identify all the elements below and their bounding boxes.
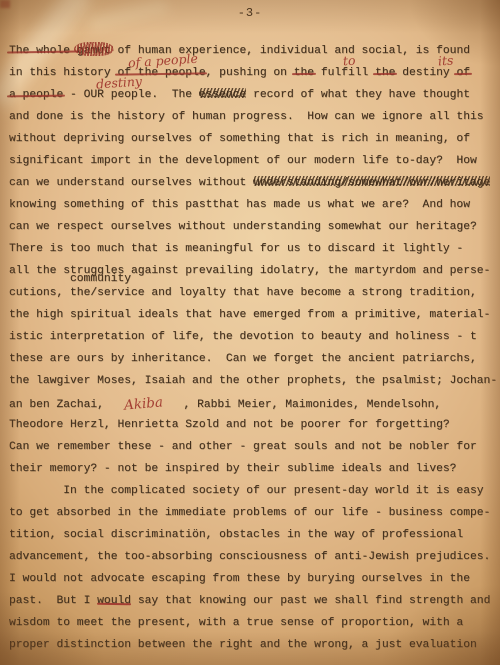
handwritten-correction: Akiba xyxy=(123,391,164,416)
paper-page: -3- The whole gamut of human experience,… xyxy=(0,0,500,665)
typed-line: knowing something of this pastthat has m… xyxy=(9,194,497,216)
typed-text: these are ours by inheritance. Can we fo… xyxy=(9,353,477,365)
typed-text: istic interpretation of life, the devoti… xyxy=(9,331,477,343)
typed-text: advancement, the too-absorbing conscious… xyxy=(9,551,490,563)
typed-text: knowing something of this pastthat has m… xyxy=(9,199,470,211)
red-struck-text: of xyxy=(456,67,470,79)
typed-line: and done is the history of human progres… xyxy=(9,106,497,128)
handwritten-correction: its xyxy=(438,49,455,72)
typed-text: without depriving ourselves of something… xyxy=(9,133,470,145)
overtyped-text: essence xyxy=(199,89,246,101)
typed-line: their memory? - not be inspired by their… xyxy=(9,458,497,480)
typed-line: advancement, the too-absorbing conscious… xyxy=(9,546,497,568)
typed-line: an ben Zachai, Akiba , Rabbi Meier, Maim… xyxy=(9,392,497,414)
typed-text: proper distinction between the right and… xyxy=(9,639,477,651)
typed-line: without depriving ourselves of something… xyxy=(9,128,497,150)
typed-line: istic interpretation of life, the devoti… xyxy=(9,326,497,348)
typed-text: and done is the history of human progres… xyxy=(9,111,484,123)
typed-text: the lawgiver Moses, Isaiah and the other… xyxy=(9,375,497,387)
typed-line: The whole gamut of human experience, ind… xyxy=(9,40,497,62)
overtyped-text: understanding/somewhat/our/heritage xyxy=(253,177,490,189)
typed-line: There is too much that is meaningful for… xyxy=(9,238,497,260)
typed-line: past. But I would say that knowing our p… xyxy=(9,590,497,612)
typed-text: the high spiritual ideals that have emer… xyxy=(9,309,490,321)
typed-text: There is too much that is meaningful for… xyxy=(9,243,463,255)
typed-line: proper distinction between the right and… xyxy=(9,634,497,656)
typed-line: Can we remember these - and other - grea… xyxy=(9,436,497,458)
red-underlined-text: would xyxy=(97,595,131,607)
typed-line: can we respect ourselves without underst… xyxy=(9,216,497,238)
typed-text: to get absorbed in the immediate problem… xyxy=(9,507,490,519)
typed-text: significant import in the development of… xyxy=(9,155,477,167)
typed-text: In the complicated society of our presen… xyxy=(9,485,484,497)
red-struck-text: The whole xyxy=(9,45,77,57)
typed-line: In the complicated society of our presen… xyxy=(9,480,497,502)
typed-text: , pushing on xyxy=(206,67,294,79)
red-scribbled-text: gamut xyxy=(77,45,111,57)
typed-text: an ben Zachai, xyxy=(9,399,124,411)
red-struck-text: the xyxy=(375,67,395,79)
handwritten-correction: destiny xyxy=(96,70,143,95)
typed-line: can we understand ourselves without unde… xyxy=(9,172,497,194)
typed-text: Theodore Herzl, Henrietta Szold and not … xyxy=(9,419,450,431)
typed-line: significant import in the development of… xyxy=(9,150,497,172)
typed-line: in this history of the people, pushing o… xyxy=(9,62,497,84)
typed-line: to get absorbed in the immediate problem… xyxy=(9,502,497,524)
typed-line: a people - OUR people. The essence recor… xyxy=(9,84,497,106)
typed-line: the high spiritual ideals that have emer… xyxy=(9,304,497,326)
typed-text: can we respect ourselves without underst… xyxy=(9,221,477,233)
typed-insertion: community xyxy=(70,268,131,290)
page-number: -3- xyxy=(0,6,500,20)
handwritten-correction: to xyxy=(342,50,356,73)
typed-line: I would not advocate escaping from these… xyxy=(9,568,497,590)
typed-text: say that knowing our past we shall find … xyxy=(131,595,490,607)
typed-text: wisdom to meet the present, with a true … xyxy=(9,617,463,629)
typed-line: wisdom to meet the present, with a true … xyxy=(9,612,497,634)
typed-text: , Rabbi Meier, Maimonides, Mendelsohn, xyxy=(163,399,441,411)
typed-line: the lawgiver Moses, Isaiah and the other… xyxy=(9,370,497,392)
red-struck-text: a people xyxy=(9,89,63,101)
typed-text: Can we remember these - and other - grea… xyxy=(9,441,477,453)
typed-text: I would not advocate escaping from these… xyxy=(9,573,470,585)
typed-line: cutions, the/service and loyalty that ha… xyxy=(9,282,497,304)
typed-text: tition, social discriminatiön, obstacles… xyxy=(9,529,463,541)
typed-text: their memory? - not be inspired by their… xyxy=(9,463,456,475)
typed-text: can we understand ourselves without xyxy=(9,177,253,189)
typed-line: Theodore Herzl, Henrietta Szold and not … xyxy=(9,414,497,436)
red-struck-text: the xyxy=(294,67,314,79)
typed-text: record of what they have thought xyxy=(246,89,470,101)
typed-body: The whole gamut of human experience, ind… xyxy=(9,40,497,656)
typed-text: past. But I xyxy=(9,595,97,607)
typed-line: these are ours by inheritance. Can we fo… xyxy=(9,348,497,370)
typed-line: tition, social discriminatiön, obstacles… xyxy=(9,524,497,546)
